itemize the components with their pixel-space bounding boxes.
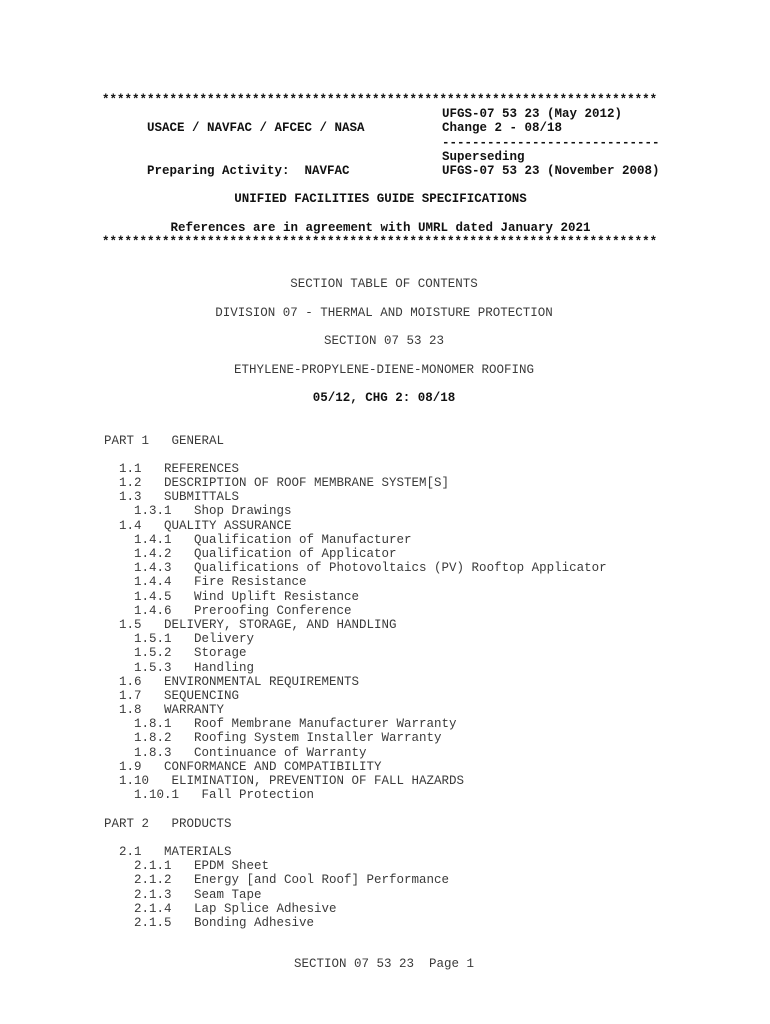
part-label: PART 2	[104, 817, 149, 831]
blank-line	[104, 448, 666, 462]
toc-item: 1.2DESCRIPTION OF ROOF MEMBRANE SYSTEM[S…	[104, 476, 666, 490]
header-row-change: Change 2 - 08/18	[102, 121, 666, 135]
toc-item-title: Seam Tape	[194, 888, 262, 902]
toc-part-2: PART 2PRODUCTS 2.1MATERIALS 2.1.1EPDM Sh…	[102, 817, 666, 931]
toc-item: 1.4.1Qualification of Manufacturer	[104, 533, 666, 547]
toc-item-title: Qualification of Applicator	[194, 547, 397, 561]
toc-item-number: 1.5.2	[134, 646, 172, 660]
toc-item-title: Shop Drawings	[194, 504, 292, 518]
document-page: ****************************************…	[0, 0, 770, 1024]
references-note: References are in agreement with UMRL da…	[102, 221, 659, 235]
blank-line	[102, 249, 666, 263]
toc-item-number: 2.1.5	[134, 916, 172, 930]
header-row-agencies: USACE / NAVFAC / AFCEC / NASA UFGS-07 53…	[102, 107, 666, 121]
blank-line	[102, 419, 666, 433]
toc-item-number: 1.4.5	[134, 590, 172, 604]
header-row-preparing: Preparing Activity:NAVFAC Superseding	[102, 150, 666, 164]
toc-item-title: Continuance of Warranty	[194, 746, 367, 760]
part-title: PRODUCTS	[172, 817, 232, 831]
toc-item-title: Wind Uplift Resistance	[194, 590, 359, 604]
toc-item-number: 2.1.1	[134, 859, 172, 873]
blank-line	[102, 263, 666, 277]
toc-item: 2.1.2Energy [and Cool Roof] Performance	[104, 873, 666, 887]
toc-item-title: Qualification of Manufacturer	[194, 533, 412, 547]
toc-item-title: ENVIRONMENTAL REQUIREMENTS	[164, 675, 359, 689]
division-title: DIVISION 07 - THERMAL AND MOISTURE PROTE…	[102, 306, 666, 320]
toc-item-number: 1.5.1	[134, 632, 172, 646]
toc-item: 2.1.4Lap Splice Adhesive	[104, 902, 666, 916]
toc-item: 1.4.3Qualifications of Photovoltaics (PV…	[104, 561, 666, 575]
toc-item-number: 1.1	[119, 462, 142, 476]
toc-item-number: 1.2	[119, 476, 142, 490]
ufgs-superseded: UFGS-07 53 23 (November 2008)	[442, 164, 660, 178]
toc-item-title: Roofing System Installer Warranty	[194, 731, 442, 745]
toc-item-title: MATERIALS	[164, 845, 232, 859]
toc-item: 1.8.3Continuance of Warranty	[104, 746, 666, 760]
toc-item-title: Fall Protection	[202, 788, 315, 802]
toc-item-number: 1.4.4	[134, 575, 172, 589]
blank-line	[104, 802, 666, 816]
toc-item: 1.4.4Fire Resistance	[104, 575, 666, 589]
toc-item: 2.1.3Seam Tape	[104, 888, 666, 902]
toc-item-title: Fire Resistance	[194, 575, 307, 589]
toc-item: 1.7SEQUENCING	[104, 689, 666, 703]
toc-item-number: 1.10.1	[134, 788, 179, 802]
toc-item-number: 2.1.3	[134, 888, 172, 902]
toc-item-number: 1.3.1	[134, 504, 172, 518]
toc-item-title: Preroofing Conference	[194, 604, 352, 618]
asterisk-rule-top: ****************************************…	[102, 93, 666, 107]
toc-item: 1.4.2Qualification of Applicator	[104, 547, 666, 561]
toc-item-title: DESCRIPTION OF ROOF MEMBRANE SYSTEM[S]	[164, 476, 449, 490]
header-row-rule: -----------------------------	[102, 136, 666, 150]
toc-item-title: QUALITY ASSURANCE	[164, 519, 292, 533]
toc-item-title: Lap Splice Adhesive	[194, 902, 337, 916]
toc-item-title: DELIVERY, STORAGE, AND HANDLING	[164, 618, 397, 632]
toc-item: 1.5.3Handling	[104, 661, 666, 675]
toc-item-title: SUBMITTALS	[164, 490, 239, 504]
blank-line	[102, 207, 666, 221]
toc-part-1: PART 1GENERAL 1.1REFERENCES 1.2DESCRIPTI…	[102, 434, 666, 817]
document-body: ****************************************…	[102, 93, 666, 930]
toc-item: 1.9CONFORMANCE AND COMPATIBILITY	[104, 760, 666, 774]
toc-item: 1.5DELIVERY, STORAGE, AND HANDLING	[104, 618, 666, 632]
toc-item-number: 1.3	[119, 490, 142, 504]
revision-date: 05/12, CHG 2: 08/18	[102, 391, 666, 405]
toc-item-title: Bonding Adhesive	[194, 916, 314, 930]
toc-item-number: 1.9	[119, 760, 142, 774]
part-heading: PART 1GENERAL	[104, 434, 666, 448]
toc-item-number: 1.4.2	[134, 547, 172, 561]
toc-item-number: 2.1	[119, 845, 142, 859]
toc-item: 1.4.6Preroofing Conference	[104, 604, 666, 618]
toc-item-number: 1.8.1	[134, 717, 172, 731]
toc-item-number: 1.4	[119, 519, 142, 533]
toc-item-title: Energy [and Cool Roof] Performance	[194, 873, 449, 887]
toc-item-number: 1.6	[119, 675, 142, 689]
toc-item-number: 2.1.4	[134, 902, 172, 916]
blank-line	[102, 348, 666, 362]
ufgs-current: UFGS-07 53 23 (May 2012)	[442, 107, 622, 121]
toc-item-number: 1.4.3	[134, 561, 172, 575]
blank-line	[102, 178, 666, 192]
toc-item-title: ELIMINATION, PREVENTION OF FALL HAZARDS	[172, 774, 465, 788]
toc-item: 1.6ENVIRONMENTAL REQUIREMENTS	[104, 675, 666, 689]
toc-item: 1.3SUBMITTALS	[104, 490, 666, 504]
toc-item-number: 1.10	[119, 774, 149, 788]
toc-item-number: 1.8	[119, 703, 142, 717]
toc-item-number: 1.4.6	[134, 604, 172, 618]
document-title: UNIFIED FACILITIES GUIDE SPECIFICATIONS	[102, 192, 659, 206]
toc-item: 1.8.1Roof Membrane Manufacturer Warranty	[104, 717, 666, 731]
page-footer: SECTION 07 53 23 Page 1	[102, 957, 666, 971]
part-label: PART 1	[104, 434, 149, 448]
toc-item: 1.4QUALITY ASSURANCE	[104, 519, 666, 533]
part-title: GENERAL	[172, 434, 225, 448]
toc-item: 2.1.5Bonding Adhesive	[104, 916, 666, 930]
section-name: ETHYLENE-PROPYLENE-DIENE-MONOMER ROOFING	[102, 363, 666, 377]
toc-item: 1.5.1Delivery	[104, 632, 666, 646]
toc-item-title: Storage	[194, 646, 247, 660]
toc-item: 1.3.1Shop Drawings	[104, 504, 666, 518]
toc-item: 1.5.2Storage	[104, 646, 666, 660]
toc-item: 2.1.1EPDM Sheet	[104, 859, 666, 873]
toc-item-title: Handling	[194, 661, 254, 675]
toc-item: 1.4.5Wind Uplift Resistance	[104, 590, 666, 604]
blank-line	[102, 320, 666, 334]
toc-item-title: Roof Membrane Manufacturer Warranty	[194, 717, 457, 731]
blank-line	[104, 831, 666, 845]
toc-item: 1.8WARRANTY	[104, 703, 666, 717]
toc-item: 1.8.2Roofing System Installer Warranty	[104, 731, 666, 745]
toc-item-title: EPDM Sheet	[194, 859, 269, 873]
change-label: Change 2 - 08/18	[442, 121, 562, 135]
toc-item-title: SEQUENCING	[164, 689, 239, 703]
toc-item-title: Qualifications of Photovoltaics (PV) Roo…	[194, 561, 607, 575]
toc-item-title: CONFORMANCE AND COMPATIBILITY	[164, 760, 382, 774]
part-heading: PART 2PRODUCTS	[104, 817, 666, 831]
toc-item-number: 1.8.2	[134, 731, 172, 745]
toc-item-title: REFERENCES	[164, 462, 239, 476]
header-row-superseded: UFGS-07 53 23 (November 2008)	[102, 164, 666, 178]
toc-item-title: Delivery	[194, 632, 254, 646]
dash-rule: -----------------------------	[442, 136, 660, 150]
toc-item-number: 1.8.3	[134, 746, 172, 760]
toc-item: 1.10ELIMINATION, PREVENTION OF FALL HAZA…	[104, 774, 666, 788]
toc-item-number: 2.1.2	[134, 873, 172, 887]
blank-line	[102, 377, 666, 391]
toc-item-number: 1.5.3	[134, 661, 172, 675]
toc-item-number: 1.5	[119, 618, 142, 632]
toc-item-title: WARRANTY	[164, 703, 224, 717]
asterisk-rule-bottom: ****************************************…	[102, 235, 666, 249]
toc-item-number: 1.7	[119, 689, 142, 703]
superseding-label: Superseding	[442, 150, 525, 164]
toc-title: SECTION TABLE OF CONTENTS	[102, 277, 666, 291]
blank-line	[102, 292, 666, 306]
toc-item: 1.10.1Fall Protection	[104, 788, 666, 802]
toc-item: 1.1REFERENCES	[104, 462, 666, 476]
blank-line	[102, 405, 666, 419]
toc-item-number: 1.4.1	[134, 533, 172, 547]
section-number: SECTION 07 53 23	[102, 334, 666, 348]
toc-item: 2.1MATERIALS	[104, 845, 666, 859]
